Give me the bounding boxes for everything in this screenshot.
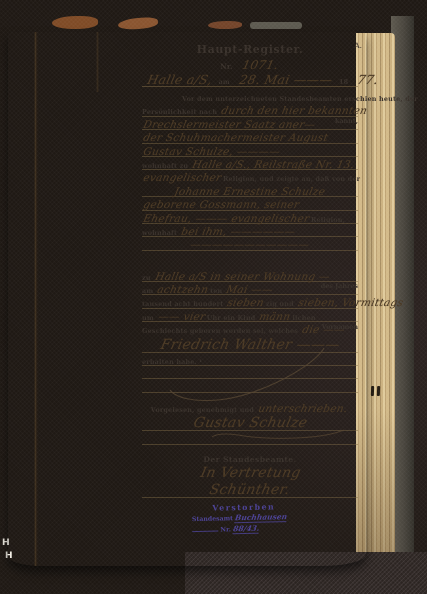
photo-backdrop: H H Haupt-Register. A. Nr. 1071. Halle a…: [0, 0, 427, 594]
form-spacer: [142, 393, 358, 401]
printed-text: kannt,: [335, 115, 358, 128]
stamp-label: Standesamt: [192, 515, 233, 523]
form-line: wohnhaft zuHalle a/S., Reilstraße Nr. 13…: [142, 157, 358, 170]
printed-text: Religion,: [311, 216, 345, 224]
page-edge-mark: [377, 386, 380, 396]
register-page: Haupt-Register. A. Nr. 1071. Halle a/S, …: [8, 32, 366, 566]
form-line: Geschlechts geboren worden sei, welchesd…: [142, 322, 358, 335]
page-edge-mark: [371, 386, 374, 396]
form-line: Friedrich Walther ———: [142, 336, 358, 353]
printed-text: am: [219, 78, 230, 86]
form-line: In Vertretung: [142, 464, 358, 481]
printed-text: zu: [142, 274, 151, 282]
page-crease: [96, 32, 99, 92]
printed-text: Vornamen: [322, 321, 358, 334]
dateline: Halle a/S, am 28. Mai ——— 18 77.: [142, 69, 358, 87]
handwritten-text: ———————————: [189, 239, 310, 252]
stamp-handwritten-number: 88/43.: [232, 524, 260, 535]
register-form: Haupt-Register. A. Nr. 1071. Halle a/S, …: [142, 38, 358, 498]
form-line: Gustav Schulze: [142, 414, 358, 431]
form-line: [142, 366, 358, 379]
form-line: evangelischerReligion, und zeigte an, da…: [142, 170, 358, 183]
form-line: Persönlichkeit nachdurch den hier bekann…: [142, 103, 358, 116]
form-line: Ehefrau, ——— evangelischerReligion,: [142, 211, 358, 224]
form-spacer: [142, 251, 358, 269]
page-title: Haupt-Register.: [197, 43, 304, 56]
form-header: Haupt-Register. A.: [142, 38, 358, 54]
form-line: ———————————: [142, 237, 358, 250]
handwritten-text: Schünther.: [208, 483, 291, 498]
printed-text: wohnhaft zu: [142, 162, 188, 170]
stamp-label: Nr.: [220, 526, 231, 533]
handwritten-text: In Vertretung: [199, 466, 302, 481]
handwritten-text: Friedrich Walther ———: [159, 338, 341, 353]
printed-text: des Jahres: [321, 280, 358, 293]
form-line: Schünther.: [142, 481, 358, 498]
form-line: Vorgelesen, genehmigt undunterschrieben.: [142, 401, 358, 414]
printed-text: lichen: [292, 314, 315, 322]
form-line: erhalten habe. ¹: [142, 353, 358, 366]
binding-edge-fragment: [250, 22, 302, 29]
handwritten-text: Halle a/S,: [146, 72, 214, 87]
page-crease: [34, 32, 38, 566]
stamp-number-row: Nr. 88/43.: [192, 523, 296, 535]
death-stamp: Verstorben Standesamt Buchhausen Nr. 88/…: [192, 502, 297, 535]
printed-text: ten: [210, 287, 222, 295]
form-line: Johanne Ernestine Schulze: [142, 184, 358, 197]
handwritten-text: 28. Mai ———: [238, 72, 334, 87]
printed-text: Religion, und zeigte an, daß von der: [223, 175, 360, 183]
form-line: tausend acht hundertsiebenzig undsieben,…: [142, 295, 358, 308]
record-number-row: Nr. 1071.: [142, 54, 358, 69]
form-line: der Schuhmachermeister August: [142, 130, 358, 143]
printed-text: Uhr ein Kind: [207, 314, 256, 322]
printed-text: 18: [339, 78, 348, 86]
handwritten-text: Gustav Schulze: [192, 416, 309, 431]
printed-text: Vor dem unterzeichneten Standesbeamten e…: [182, 95, 418, 103]
printed-text: zig und: [266, 300, 294, 308]
printed-text: um: [142, 314, 154, 322]
form-line: Drechslermeister Saatz aner—kannt,: [142, 117, 358, 130]
printed-text: tausend acht hundert: [142, 300, 223, 308]
printed-text: Vorgelesen, genehmigt und: [151, 406, 254, 414]
form-line: Gustav Schulze, ————: [142, 144, 358, 157]
form-body: Vor dem unterzeichneten Standesbeamten e…: [142, 90, 358, 498]
printed-text: erhalten habe. ¹: [142, 358, 202, 366]
form-line: [142, 431, 358, 444]
stamp-handwritten-office: Buchhausen: [234, 512, 288, 523]
binding-leather-fragment: [118, 17, 159, 31]
printed-text: wohnhaft: [142, 229, 177, 237]
printed-text: am: [142, 287, 153, 295]
handwritten-text: 77.: [356, 72, 380, 87]
form-line: wohnhaftbei ihm, ——————: [142, 224, 358, 237]
form-line: Der Standesbeamte.: [142, 451, 358, 464]
printed-text: Geschlechts geboren worden sei, welches: [142, 327, 298, 335]
form-line: amachtzehntenMai ——des Jahres: [142, 282, 358, 295]
binding-leather-fragment: [208, 21, 242, 29]
printed-text: Der Standesbeamte.: [203, 455, 296, 464]
stamp-rule: [192, 525, 218, 533]
printed-text: Persönlichkeit nach: [142, 108, 217, 116]
binding-leather-fragment: [52, 16, 98, 29]
form-series-letter: A.: [354, 41, 362, 50]
form-line: Vor dem unterzeichneten Standesbeamten e…: [142, 90, 358, 103]
form-line: geborene Gossmann, seiner: [142, 197, 358, 210]
form-line: [142, 379, 358, 392]
